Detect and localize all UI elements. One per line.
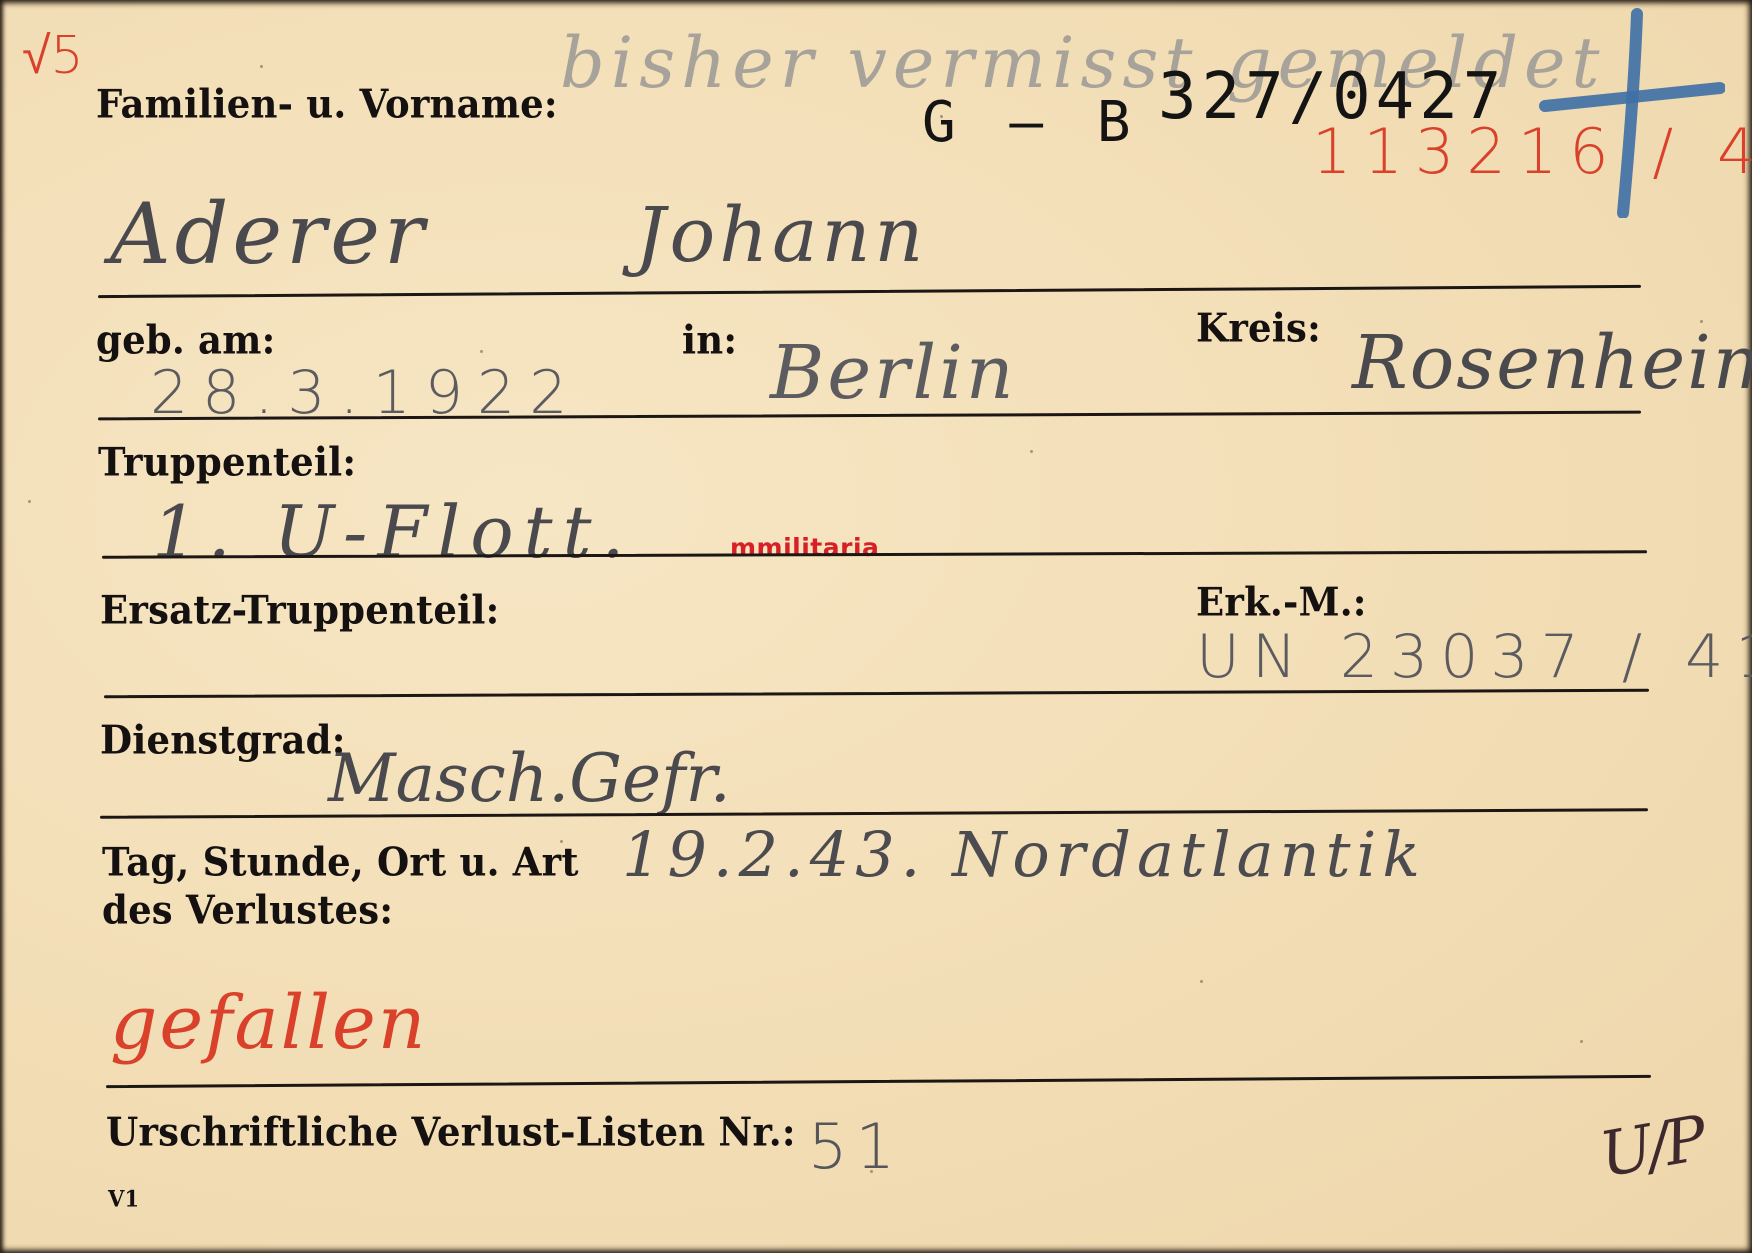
replacement-unit-label: Ersatz-Truppenteil: (100, 587, 499, 633)
rank-label: Dienstgrad: (100, 717, 346, 763)
district-value: Rosenheim (1352, 320, 1752, 406)
paper-speck (480, 350, 483, 353)
casualty-card: √5 bisher vermisst gemeldet Familien- u.… (0, 0, 1752, 1253)
rank-value: Masch.Gefr. (328, 740, 731, 817)
loss-label-line1: Tag, Stunde, Ort u. Art (102, 839, 579, 885)
loss-status-value: gefallen (110, 980, 427, 1066)
paper-speck (1200, 980, 1203, 983)
surname-value: Aderer (110, 185, 428, 283)
rule-loss (106, 1075, 1651, 1088)
rule-replacement (104, 689, 1649, 698)
paper-speck (1580, 1040, 1583, 1043)
stamp-code: G – B (922, 90, 1141, 155)
cross-mark-icon (1535, 8, 1725, 218)
form-version: V1 (108, 1185, 139, 1211)
paper-speck (28, 500, 31, 503)
district-label: Kreis: (1196, 305, 1321, 351)
initials: U/P (1594, 1102, 1708, 1192)
name-label: Familien- u. Vorname: (96, 81, 558, 127)
loss-label-line2: des Verlustes: (102, 887, 393, 933)
unit-label: Truppenteil: (98, 439, 356, 485)
birth-place-label: in: (682, 317, 737, 363)
watermark: mmilitaria (730, 533, 879, 562)
loss-value: 19.2.43. Nordatlantik (622, 818, 1426, 891)
id-tag-label: Erk.-M.: (1196, 579, 1367, 625)
loss-list-label: Urschriftliche Verlust-Listen Nr.: (106, 1109, 796, 1155)
paper-speck (260, 65, 263, 68)
birth-place-value: Berlin (770, 330, 1017, 416)
birth-date-label: geb. am: (96, 317, 275, 363)
loss-list-value: 51 (808, 1110, 903, 1183)
corner-note: √5 (22, 26, 84, 86)
id-tag-value: UN 23037 / 41 S (1196, 622, 1752, 692)
given-name-value: Johann (635, 190, 927, 279)
unit-value: 1. U-Flott. (152, 490, 634, 574)
paper-speck (1030, 450, 1033, 453)
rule-name (98, 285, 1641, 298)
